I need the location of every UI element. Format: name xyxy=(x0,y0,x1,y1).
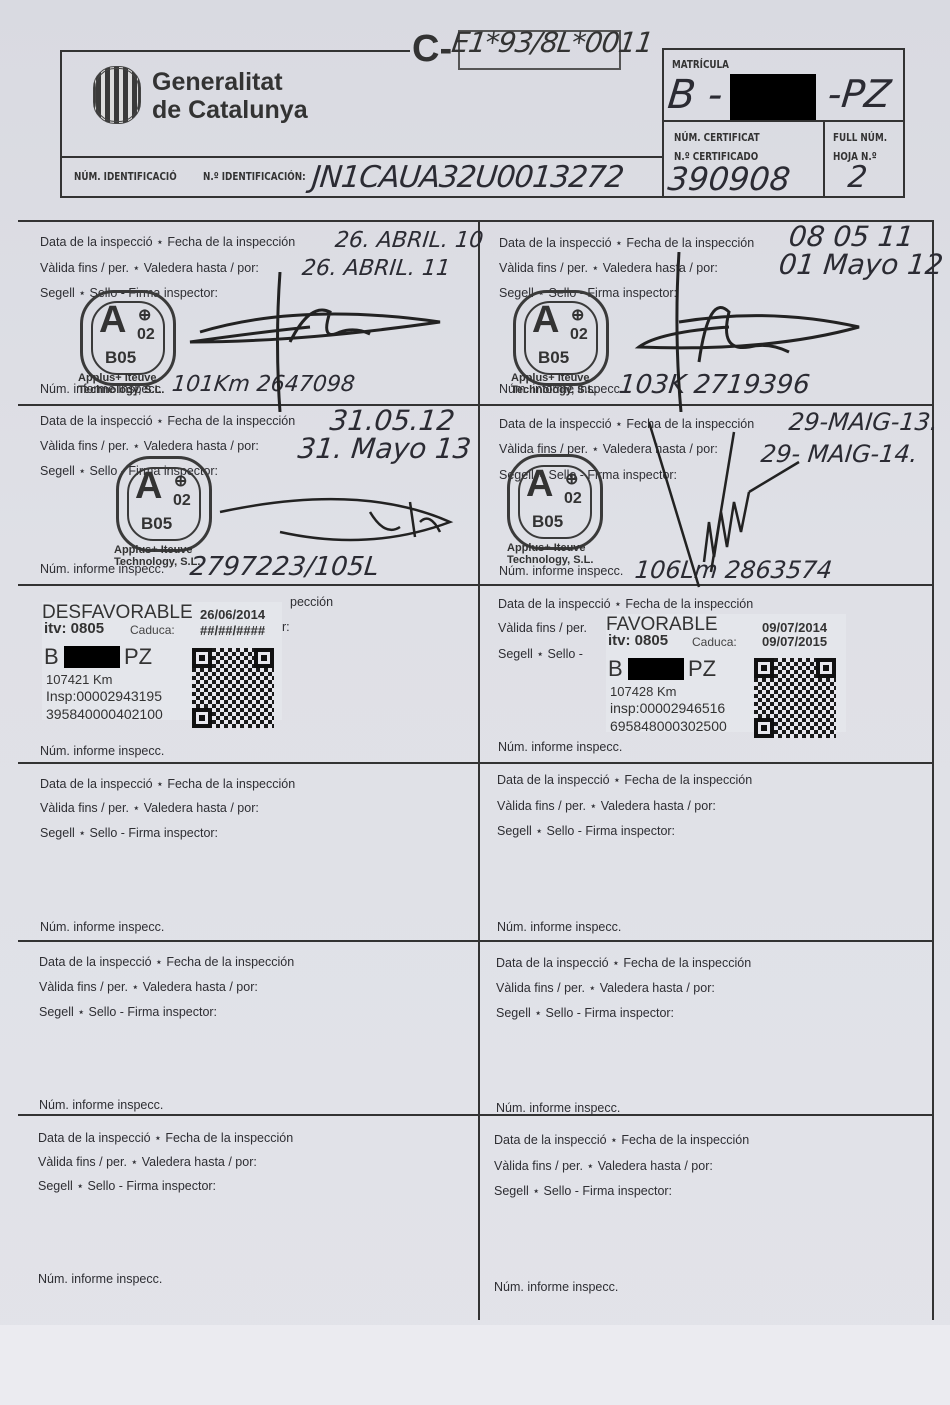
valid-label-short: Vàlida fins / per. xyxy=(498,621,587,635)
result-date: 09/07/2014 xyxy=(762,620,827,635)
valid-label: Vàlida fins / per. ⋆ Valedera hasta / po… xyxy=(494,1158,713,1173)
stamp-caption-line1: Applus+ Iteuve xyxy=(114,544,200,556)
itv-stamp-icon: A ⊕ 02 B05 xyxy=(507,454,603,550)
stamp-code: B05 xyxy=(532,512,563,532)
cert-value: 390908 xyxy=(666,160,792,198)
hoja-divider xyxy=(823,120,825,198)
stamp-caption: Applus+ Iteuve Technology, S.L. xyxy=(507,542,593,566)
stamp-letter: A xyxy=(526,463,553,506)
stamp-plus: ⊕ xyxy=(174,471,187,491)
matricula-divider xyxy=(662,120,905,122)
valid-label: Vàlida fins / per. ⋆ Valedera hasta / po… xyxy=(496,980,715,995)
hoja-label-ca: FULL NÚM. xyxy=(833,128,887,147)
stamp-number: 02 xyxy=(173,492,191,510)
valid-until: 31. Mayo 13 xyxy=(296,432,472,465)
stamp-number: 02 xyxy=(564,490,582,508)
itv-result-label: FAVORABLE 09/07/2014 itv: 0805 Caduca: 0… xyxy=(606,614,846,732)
itv-result-label: DESFAVORABLE 26/06/2014 itv: 0805 Caduca… xyxy=(42,602,282,720)
inspection-cell-7: Data de la inspecció ⋆ Fecha de la inspe… xyxy=(40,774,470,934)
stamp-caption: Applus+ Iteuve Technology, S.L. xyxy=(78,372,164,396)
stamp-letter: A xyxy=(135,465,162,508)
inspection-cell-1: Data de la inspecció ⋆ Fecha de la inspe… xyxy=(40,232,470,402)
inspection-cell-10: Data de la inspecció ⋆ Fecha de la inspe… xyxy=(496,953,926,1113)
stamp-code: B05 xyxy=(105,348,136,368)
inspector-signature-icon xyxy=(180,272,460,412)
stamp-plus: ⊕ xyxy=(571,305,584,325)
id-label-ca: NÚM. IDENTIFICACIÓ xyxy=(74,170,177,183)
id-label-es: N.º IDENTIFICACIÓN: xyxy=(203,170,306,183)
qr-code-icon xyxy=(192,648,274,728)
caduca-value: 09/07/2015 xyxy=(762,634,827,649)
seal-label: Segell ⋆ Sello - Firma inspector: xyxy=(496,1005,674,1020)
date-label: Data de la inspecció ⋆ Fecha de la inspe… xyxy=(40,776,295,791)
stamp-number: 02 xyxy=(570,326,588,344)
report-label: Núm. informe inspecc. xyxy=(40,920,164,934)
stamp-caption-line2: Technology, S.L. xyxy=(511,384,597,396)
inspector-signature-icon xyxy=(210,482,470,562)
catalonia-coat-of-arms-icon xyxy=(93,66,141,124)
qr-code-icon xyxy=(754,658,836,738)
valid-label: Vàlida fins / per. ⋆ Valedera hasta / po… xyxy=(40,438,259,453)
seal-label: Segell ⋆ Sello - Firma inspector: xyxy=(39,1004,217,1019)
grid-rule xyxy=(18,940,934,942)
c-prefix: C- xyxy=(412,28,452,71)
inspection-number: Insp:00002943195 xyxy=(46,688,162,704)
caduca-label: Caduca: xyxy=(130,623,175,637)
report-label: Núm. informe inspecc. xyxy=(38,1272,162,1286)
date-label-tail: pección xyxy=(290,595,333,609)
plate-suffix: PZ xyxy=(688,656,716,682)
document-page: C- E1*93/8L*0011 Generalitat de Cataluny… xyxy=(0,0,950,1405)
itv-station: itv: 0805 xyxy=(44,620,104,637)
date-label: Data de la inspecció ⋆ Fecha de la inspe… xyxy=(499,235,754,250)
report-label: Núm. informe inspecc. xyxy=(497,920,621,934)
stamp-letter: A xyxy=(99,299,126,342)
label-code: 695848000302500 xyxy=(610,718,727,734)
valid-label: Vàlida fins / per. ⋆ Valedera hasta / po… xyxy=(38,1154,257,1169)
cert-label-ca: NÚM. CERTIFICAT xyxy=(674,128,760,147)
inspection-date: 26. ABRIL. 10 xyxy=(334,228,485,253)
seal-label: Segell ⋆ Sello - Firma inspector: xyxy=(494,1183,672,1198)
org-name: Generalitat de Catalunya xyxy=(152,68,308,124)
matricula-redaction xyxy=(730,74,816,120)
report-label: Núm. informe inspecc. xyxy=(40,744,164,758)
seal-label: Segell ⋆ Sello - Firma inspector: xyxy=(38,1178,216,1193)
mileage: 107421 Km xyxy=(46,672,113,687)
inspection-cell-11: Data de la inspecció ⋆ Fecha de la inspe… xyxy=(38,1128,468,1298)
plate-redaction xyxy=(628,658,684,680)
date-label: Data de la inspecció ⋆ Fecha de la inspe… xyxy=(39,954,294,969)
plate-redaction xyxy=(64,646,120,668)
inspection-cell-6: Data de la inspecció ⋆ Fecha de la inspe… xyxy=(498,594,928,764)
date-label: Data de la inspecció ⋆ Fecha de la inspe… xyxy=(496,955,751,970)
date-label: Data de la inspecció ⋆ Fecha de la inspe… xyxy=(40,234,295,249)
date-label: Data de la inspecció ⋆ Fecha de la inspe… xyxy=(38,1130,293,1145)
itv-station: itv: 0805 xyxy=(608,632,668,649)
stamp-caption-line2: Technology, S.L. xyxy=(78,384,164,396)
stamp-caption: Applus+ Iteuve Technology, S.L. xyxy=(511,372,597,396)
stamp-caption-line2: Technology, S.L. xyxy=(114,556,200,568)
report-label: Núm. informe inspecc. xyxy=(496,1101,620,1115)
org-name-line2: de Catalunya xyxy=(152,96,308,124)
valid-label: Vàlida fins / per. ⋆ Valedera hasta / po… xyxy=(39,979,258,994)
report-label: Núm. informe inspecc. xyxy=(498,740,622,754)
inspection-cell-5: pección r: Núm. informe inspecc. DESFAVO… xyxy=(40,592,470,762)
stamp-code: B05 xyxy=(141,514,172,534)
inspection-cell-9: Data de la inspecció ⋆ Fecha de la inspe… xyxy=(39,952,469,1112)
stamp-letter: A xyxy=(532,299,559,342)
hoja-value: 2 xyxy=(846,160,869,195)
c-number: E1*93/8L*0011 xyxy=(450,26,655,59)
stamp-caption-line1: Applus+ Iteuve xyxy=(78,372,164,384)
inspection-cell-4: Data de la inspecció ⋆ Fecha de la inspe… xyxy=(499,412,929,582)
valid-label: Vàlida fins / per. ⋆ Valedera hasta / po… xyxy=(497,798,716,813)
stamp-plus: ⊕ xyxy=(138,305,151,325)
report-label: Núm. informe inspecc. xyxy=(39,1098,163,1112)
stamp-caption-line1: Applus+ Iteuve xyxy=(511,372,597,384)
stamp-caption-line2: Technology, S.L. xyxy=(507,554,593,566)
grid-right-border xyxy=(932,220,934,1320)
seal-label-short: Segell ⋆ Sello - xyxy=(498,646,583,661)
inspection-cell-8: Data de la inspecció ⋆ Fecha de la inspe… xyxy=(497,770,927,930)
inspector-signature-icon xyxy=(619,252,879,412)
matricula-label: MATRÍCULA xyxy=(672,58,729,71)
stamp-caption: Applus+ Iteuve Technology, S.L. xyxy=(114,544,200,568)
stamp-code: B05 xyxy=(538,348,569,368)
matricula-prefix: B - xyxy=(666,72,725,118)
report-label: Núm. informe inspecc. xyxy=(494,1280,618,1294)
date-label: Data de la inspecció ⋆ Fecha de la inspe… xyxy=(498,596,753,611)
inspection-number: insp:00002946516 xyxy=(610,700,725,716)
label-code: 395840000402100 xyxy=(46,706,163,722)
org-name-line1: Generalitat xyxy=(152,68,308,96)
inspection-cell-3: Data de la inspecció ⋆ Fecha de la inspe… xyxy=(40,412,470,582)
caduca-label: Caduca: xyxy=(692,635,737,649)
report-label: Núm. informe inspecc. xyxy=(499,564,623,578)
inspector-signature-icon xyxy=(649,422,849,592)
seal-label: Segell ⋆ Sello - Firma inspector: xyxy=(40,825,218,840)
date-label: Data de la inspecció ⋆ Fecha de la inspe… xyxy=(40,413,295,428)
inspection-cell-12: Data de la inspecció ⋆ Fecha de la inspe… xyxy=(494,1130,924,1300)
date-label: Data de la inspecció ⋆ Fecha de la inspe… xyxy=(497,772,752,787)
vehicle-id-value: JN1CAUA32U0013272 xyxy=(310,160,625,195)
grid-column-divider xyxy=(478,220,480,1320)
plate-prefix: B xyxy=(44,644,59,670)
plate-suffix: PZ xyxy=(124,644,152,670)
caduca-value: ##/##/#### xyxy=(200,623,265,638)
date-label: Data de la inspecció ⋆ Fecha de la inspe… xyxy=(494,1132,749,1147)
valid-label-tail: r: xyxy=(282,620,290,634)
stamp-number: 02 xyxy=(137,326,155,344)
seal-label: Segell ⋆ Sello - Firma inspector: xyxy=(497,823,675,838)
grid-rule xyxy=(18,1114,934,1116)
stamp-caption-line1: Applus+ Iteuve xyxy=(507,542,593,554)
valid-label: Vàlida fins / per. ⋆ Valedera hasta / po… xyxy=(40,800,259,815)
plate-prefix: B xyxy=(608,656,623,682)
id-row-rule xyxy=(60,156,663,158)
stamp-plus: ⊕ xyxy=(565,469,578,489)
mileage: 107428 Km xyxy=(610,684,677,699)
inspection-cell-2: Data de la inspecció ⋆ Fecha de la inspe… xyxy=(499,232,929,402)
itv-stamp-icon: A ⊕ 02 B05 xyxy=(116,456,212,552)
matricula-suffix: -PZ xyxy=(826,72,893,116)
result-date: 26/06/2014 xyxy=(200,607,265,622)
